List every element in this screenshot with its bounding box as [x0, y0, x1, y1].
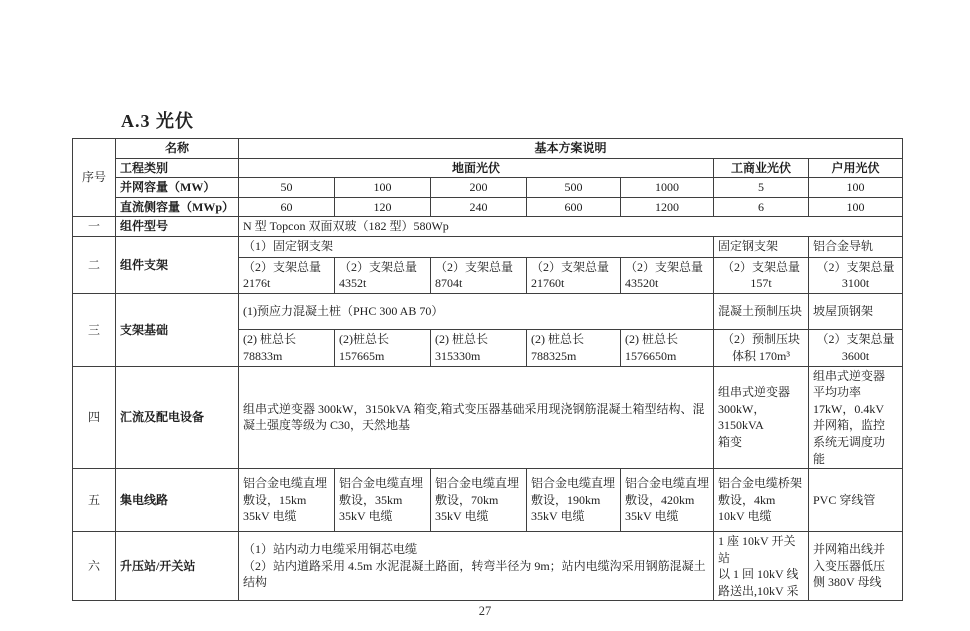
- cell-collector: 铝合金电缆桥架敷设，4km 10kV 电缆: [714, 469, 809, 532]
- cell-support-ground-item1: （1）固定钢支架: [239, 236, 714, 257]
- cell-foundation-residential-item1: 坡屋顶钢架: [809, 293, 903, 329]
- dc-capacity-value: 120: [335, 197, 431, 217]
- cell-collector: 铝合金电缆直埋敷设，420km 35kV 电缆: [621, 469, 714, 532]
- cell-pile-length: (2) 桩总长 1576650m: [621, 329, 714, 366]
- cell-pile-length: (2) 桩总长 315330m: [431, 329, 527, 366]
- header-residential-pv-label: 户用光伏: [809, 158, 903, 178]
- row-serial: 四: [73, 366, 116, 468]
- cell-support-commercial-item1: 固定钢支架: [714, 236, 809, 257]
- header-row-category: 工程类别 地面光伏 工商业光伏 户用光伏: [73, 158, 903, 178]
- grid-capacity-value: 500: [527, 178, 621, 198]
- cell-foundation-ground-item1: (1)预应力混凝土桩（PHC 300 AB 70）: [239, 293, 714, 329]
- dc-capacity-value: 1200: [621, 197, 714, 217]
- grid-capacity-value: 50: [239, 178, 335, 198]
- cell-module-model: N 型 Topcon 双面双玻（182 型）580Wp: [239, 217, 903, 237]
- header-commercial-pv-label: 工商业光伏: [714, 158, 809, 178]
- grid-capacity-value: 100: [809, 178, 903, 198]
- cell-collector: 铝合金电缆直埋敷设，190km 35kV 电缆: [527, 469, 621, 532]
- header-basic-plan-label: 基本方案说明: [239, 139, 903, 159]
- dc-capacity-value: 6: [714, 197, 809, 217]
- row-module-support-item1: 二 组件支架 （1）固定钢支架 固定钢支架 铝合金导轨: [73, 236, 903, 257]
- cell-power-commercial: 组串式逆变器 300kW，3150kVA 箱变: [714, 366, 809, 468]
- row-foundation-item1: 三 支架基础 (1)预应力混凝土桩（PHC 300 AB 70） 混凝土预制压块…: [73, 293, 903, 329]
- dc-capacity-value: 100: [809, 197, 903, 217]
- grid-capacity-value: 100: [335, 178, 431, 198]
- row-serial: 六: [73, 532, 116, 601]
- cell-support-total: （2）支架总量 2176t: [239, 257, 335, 293]
- cell-support-total: （2）支架总量 3600t: [809, 329, 903, 366]
- header-row-name: 序号 名称 基本方案说明: [73, 139, 903, 159]
- cell-support-total: （2）支架总量 3100t: [809, 257, 903, 293]
- cell-collector: PVC 穿线管: [809, 469, 903, 532]
- row-power-equipment: 四 汇流及配电设备 组串式逆变器 300kW，3150kVA 箱变,箱式变压器基…: [73, 366, 903, 468]
- cell-support-total: （2）支架总量 157t: [714, 257, 809, 293]
- cell-booster-ground: （1）站内动力电缆采用铜芯电缆 （2）站内道路采用 4.5m 水泥混凝土路面，转…: [239, 532, 714, 601]
- pv-spec-table: 序号 名称 基本方案说明 工程类别 地面光伏 工商业光伏 户用光伏 并网容量（M…: [72, 138, 903, 601]
- row-name: 支架基础: [116, 293, 239, 366]
- row-booster-station: 六 升压站/开关站 （1）站内动力电缆采用铜芯电缆 （2）站内道路采用 4.5m…: [73, 532, 903, 601]
- grid-capacity-label: 并网容量（MW）: [116, 178, 239, 198]
- cell-support-total: （2）支架总量 4352t: [335, 257, 431, 293]
- header-project-category-label: 工程类别: [116, 158, 239, 178]
- cell-power-residential: 组串式逆变器 平均功率 17kW，0.4kV 并网箱，监控 系统无调度功 能: [809, 366, 903, 468]
- cell-pile-length: (2) 桩总长 78833m: [239, 329, 335, 366]
- row-name: 组件支架: [116, 236, 239, 293]
- row-name: 汇流及配电设备: [116, 366, 239, 468]
- section-title: A.3 光伏: [121, 107, 194, 133]
- row-module-model: 一 组件型号 N 型 Topcon 双面双玻（182 型）580Wp: [73, 217, 903, 237]
- cell-collector: 铝合金电缆直埋敷设，35km 35kV 电缆: [335, 469, 431, 532]
- cell-pile-length: (2)桩总长 157665m: [335, 329, 431, 366]
- document-page: A.3 光伏 序号 名称 基本方案说明 工程类别 地面光伏 工商业光伏 户用光伏: [0, 0, 970, 631]
- row-name: 组件型号: [116, 217, 239, 237]
- cell-collector: 铝合金电缆直埋敷设，15km 35kV 电缆: [239, 469, 335, 532]
- page-number: 27: [0, 604, 970, 619]
- grid-capacity-value: 200: [431, 178, 527, 198]
- row-serial: 五: [73, 469, 116, 532]
- grid-capacity-value: 1000: [621, 178, 714, 198]
- cell-pile-length: (2) 桩总长 788325m: [527, 329, 621, 366]
- row-name: 升压站/开关站: [116, 532, 239, 601]
- header-serial-label: 序号: [73, 139, 116, 217]
- cell-foundation-commercial-item1: 混凝土预制压块: [714, 293, 809, 329]
- row-collector-line: 五 集电线路 铝合金电缆直埋敷设，15km 35kV 电缆 铝合金电缆直埋敷设，…: [73, 469, 903, 532]
- cell-support-total: （2）支架总量 8704t: [431, 257, 527, 293]
- row-name: 集电线路: [116, 469, 239, 532]
- dc-capacity-value: 600: [527, 197, 621, 217]
- cell-booster-commercial: 1 座 10kV 开关站 以 1 回 10kV 线 路送出,10kV 采: [714, 532, 809, 601]
- row-serial: 一: [73, 217, 116, 237]
- row-serial: 二: [73, 236, 116, 293]
- row-serial: 三: [73, 293, 116, 366]
- header-name-label: 名称: [116, 139, 239, 159]
- dc-capacity-label: 直流侧容量（MWp）: [116, 197, 239, 217]
- dc-capacity-value: 60: [239, 197, 335, 217]
- header-ground-pv-label: 地面光伏: [239, 158, 714, 178]
- header-row-grid-capacity: 并网容量（MW） 50 100 200 500 1000 5 100: [73, 178, 903, 198]
- header-row-dc-capacity: 直流侧容量（MWp） 60 120 240 600 1200 6 100: [73, 197, 903, 217]
- cell-support-total: （2）支架总量 43520t: [621, 257, 714, 293]
- cell-block-volume: （2）预制压块 体积 170m³: [714, 329, 809, 366]
- cell-booster-residential: 并网箱出线并 入变压器低压 侧 380V 母线: [809, 532, 903, 601]
- cell-power-ground: 组串式逆变器 300kW，3150kVA 箱变,箱式变压器基础采用现浇钢筋混凝土…: [239, 366, 714, 468]
- cell-support-residential-item1: 铝合金导轨: [809, 236, 903, 257]
- dc-capacity-value: 240: [431, 197, 527, 217]
- grid-capacity-value: 5: [714, 178, 809, 198]
- cell-collector: 铝合金电缆直埋敷设，70km 35kV 电缆: [431, 469, 527, 532]
- cell-support-total: （2）支架总量 21760t: [527, 257, 621, 293]
